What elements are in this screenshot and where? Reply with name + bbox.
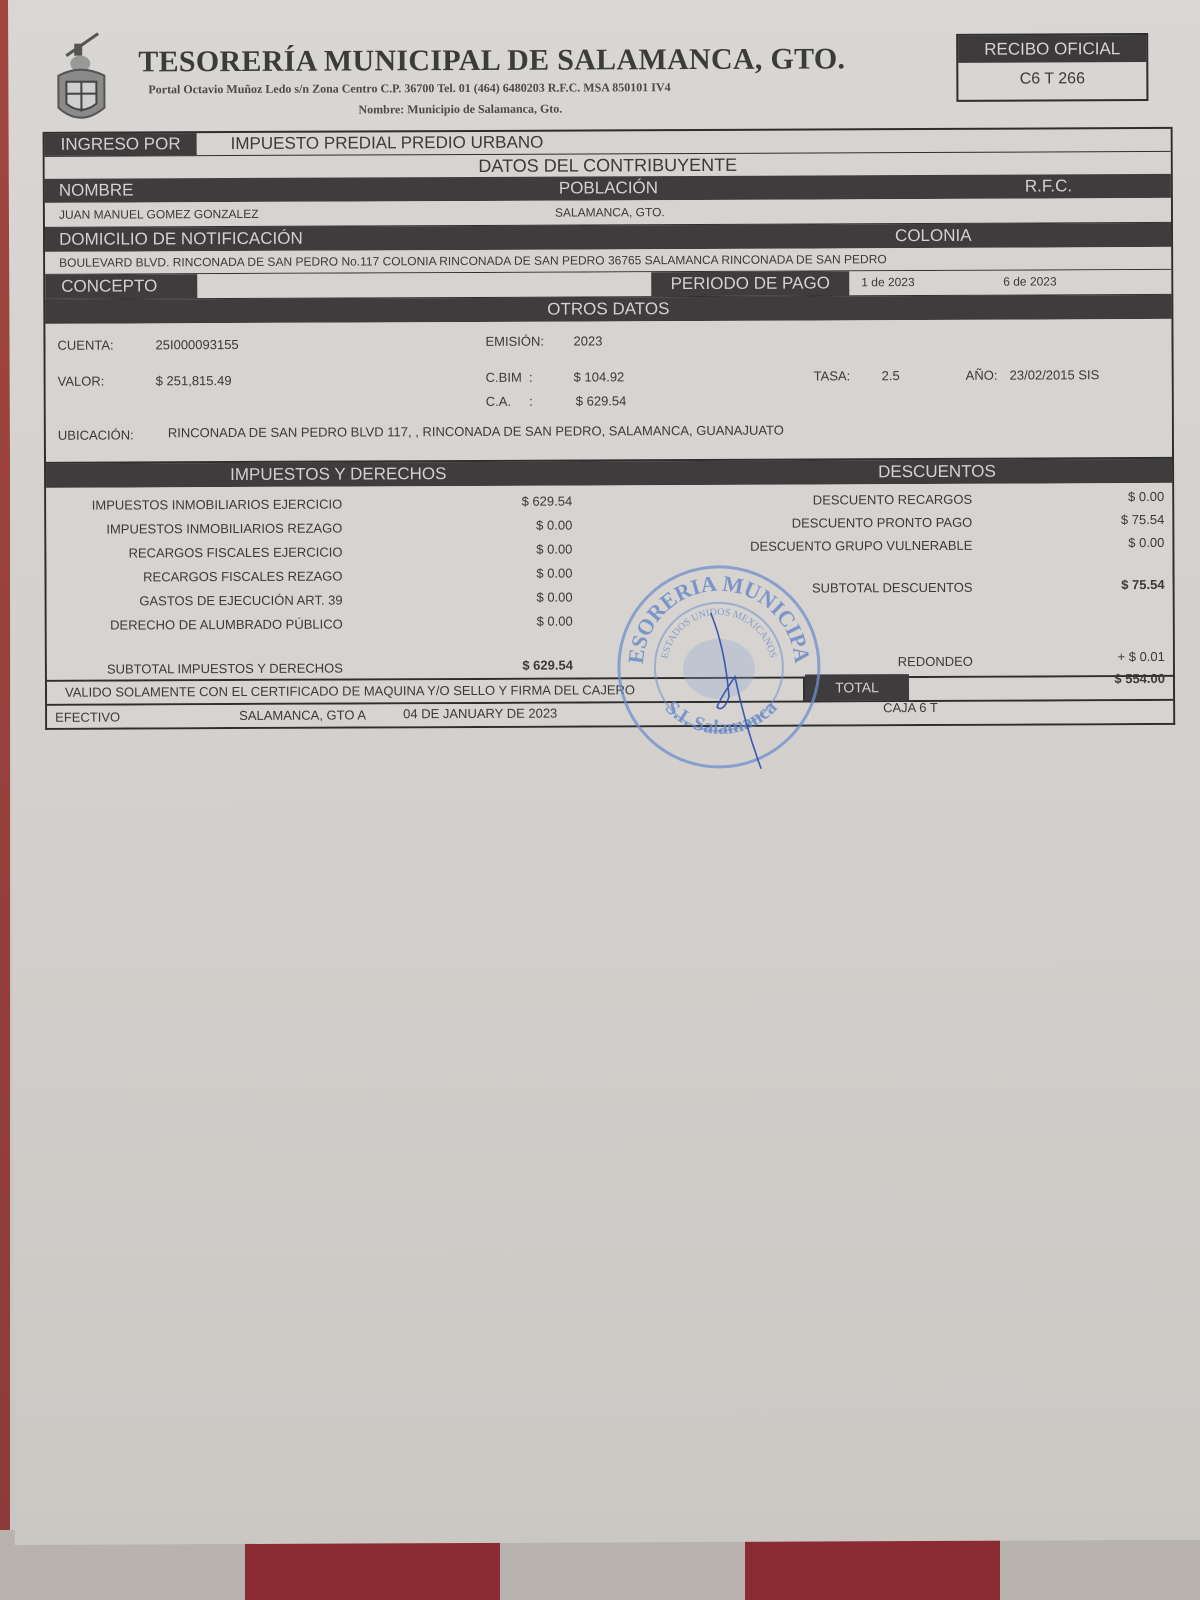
issuer-name: Nombre: Municipio de Salamanca, Gto.: [358, 102, 562, 118]
impuesto-amount: $ 0.00: [536, 518, 572, 533]
issue-place: SALAMANCA, GTO A: [239, 707, 366, 723]
impuesto-label: RECARGOS FISCALES EJERCICIO: [129, 545, 343, 561]
emision-label: EMISIÓN:: [485, 334, 544, 349]
colonia-label: COLONIA: [895, 224, 972, 248]
receipt-folio: C6 T 266: [958, 62, 1146, 97]
nombre-value: JUAN MANUEL GOMEZ GONZALEZ: [59, 207, 259, 222]
poblacion-label: POBLACIÓN: [559, 176, 658, 200]
cuenta-label: CUENTA:: [57, 338, 113, 353]
domicilio-value: BOULEVARD BLVD. RINCONADA DE SAN PEDRO N…: [59, 252, 887, 270]
impuesto-amount: $ 0.00: [536, 590, 572, 605]
amounts-section: IMPUESTOS INMOBILIARIOS EJERCICIO$ 629.5…: [46, 483, 1173, 682]
impuesto-label: GASTOS DE EJECUCIÓN ART. 39: [139, 593, 342, 609]
impuesto-amount: $ 0.00: [536, 566, 572, 581]
periodo-label: PERIODO DE PAGO: [651, 271, 849, 296]
impuesto-amount: $ 0.00: [536, 542, 572, 557]
anio-value: 23/02/2015 SIS: [1010, 367, 1100, 382]
otros-datos-section: CUENTA: 25I000093155 EMISIÓN: 2023 VALOR…: [45, 319, 1172, 464]
receipt-paper: TESORERÍA MUNICIPAL DE SALAMANCA, GTO. P…: [8, 0, 1200, 1545]
descuento-label: DESCUENTO GRUPO VULNERABLE: [750, 538, 972, 554]
impuesto-label: DERECHO DE ALUMBRADO PÚBLICO: [110, 617, 343, 633]
impuesto-label: RECARGOS FISCALES REZAGO: [143, 569, 342, 585]
ingreso-label: INGRESO POR: [45, 133, 197, 156]
cbim-label: C.BIM :: [486, 370, 533, 385]
cuenta-value: 25I000093155: [155, 337, 238, 352]
cbim-value: $ 104.92: [574, 369, 625, 384]
periodo-hasta: 6 de 2023: [1003, 274, 1056, 288]
ubicacion-label: UBICACIÓN:: [58, 427, 134, 442]
issue-date: 04 DE JANUARY DE 2023: [403, 706, 557, 722]
descuento-amount: $ 0.00: [1128, 535, 1164, 550]
concepto-label: CONCEPTO: [45, 274, 197, 299]
receipt-frame: INGRESO POR IMPUESTO PREDIAL PREDIO URBA…: [43, 127, 1176, 730]
redondeo-value: + $ 0.01: [1117, 649, 1164, 664]
rfc-label: R.F.C.: [1025, 174, 1072, 198]
impuesto-amount: $ 629.54: [522, 494, 573, 509]
valor-label: VALOR:: [58, 374, 105, 389]
redondeo-label: REDONDEO: [898, 654, 973, 669]
descuentos-title: DESCUENTOS: [878, 460, 996, 485]
descuento-amount: $ 0.00: [1128, 489, 1164, 504]
ca-value: $ 629.54: [576, 393, 627, 408]
impuesto-label: IMPUESTOS INMOBILIARIOS REZAGO: [106, 521, 342, 537]
validity-cell: VALIDO SOLAMENTE CON EL CERTIFICADO DE M…: [47, 679, 805, 704]
descuento-label: DESCUENTO PRONTO PAGO: [792, 515, 973, 531]
coat-of-arms-icon: [52, 28, 112, 128]
issuer-title: TESORERÍA MUNICIPAL DE SALAMANCA, GTO.: [138, 42, 845, 79]
valor-value: $ 251,815.49: [156, 373, 232, 388]
anio-label: AÑO:: [966, 368, 998, 383]
descuentos-subtotal-label: SUBTOTAL DESCUENTOS: [812, 580, 973, 596]
issuer-address: Portal Octavio Muñoz Ledo s/n Zona Centr…: [148, 80, 670, 97]
official-receipt-box: RECIBO OFICIAL C6 T 266: [956, 33, 1148, 102]
ca-label: C.A. :: [486, 394, 533, 409]
payment-method: EFECTIVO: [55, 710, 120, 725]
ubicacion-value: RINCONADA DE SAN PEDRO BLVD 117, , RINCO…: [168, 423, 784, 441]
cashier-box: CAJA 6 T: [883, 700, 938, 715]
emision-value: 2023: [573, 333, 602, 348]
impuesto-label: IMPUESTOS INMOBILIARIOS EJERCICIO: [92, 497, 342, 513]
validity-note: VALIDO SOLAMENTE CON EL CERTIFICADO DE M…: [65, 682, 635, 699]
descuentos-subtotal-value: $ 75.54: [1121, 577, 1164, 592]
ingreso-row: INGRESO POR IMPUESTO PREDIAL PREDIO URBA…: [45, 127, 1171, 157]
poblacion-value: SALAMANCA, GTO.: [555, 205, 665, 219]
domicilio-label: DOMICILIO DE NOTIFICACIÓN: [59, 227, 303, 252]
descuento-label: DESCUENTO RECARGOS: [813, 492, 972, 508]
impuestos-subtotal-label: SUBTOTAL IMPUESTOS Y DERECHOS: [107, 661, 343, 677]
official-receipt-label: RECIBO OFICIAL: [958, 35, 1146, 63]
tasa-label: TASA:: [814, 368, 851, 383]
nombre-label: NOMBRE: [59, 178, 134, 202]
otros-datos-title: OTROS DATOS: [547, 299, 669, 319]
impuesto-amount: $ 0.00: [537, 614, 573, 629]
impuestos-title: IMPUESTOS Y DERECHOS: [230, 462, 446, 487]
ingreso-value: IMPUESTO PREDIAL PREDIO URBANO: [231, 132, 544, 155]
impuestos-subtotal-value: $ 629.54: [522, 658, 573, 673]
total-label: TOTAL: [805, 674, 909, 700]
tasa-value: 2.5: [882, 368, 900, 383]
footer-row: EFECTIVO SALAMANCA, GTO A 04 DE JANUARY …: [47, 701, 1173, 728]
descuento-amount: $ 75.54: [1121, 512, 1164, 527]
total-value: $ 554.00: [1114, 671, 1165, 686]
periodo-desde: 1 de 2023: [861, 275, 914, 289]
receipt-document: TESORERÍA MUNICIPAL DE SALAMANCA, GTO. P…: [42, 3, 1172, 8]
